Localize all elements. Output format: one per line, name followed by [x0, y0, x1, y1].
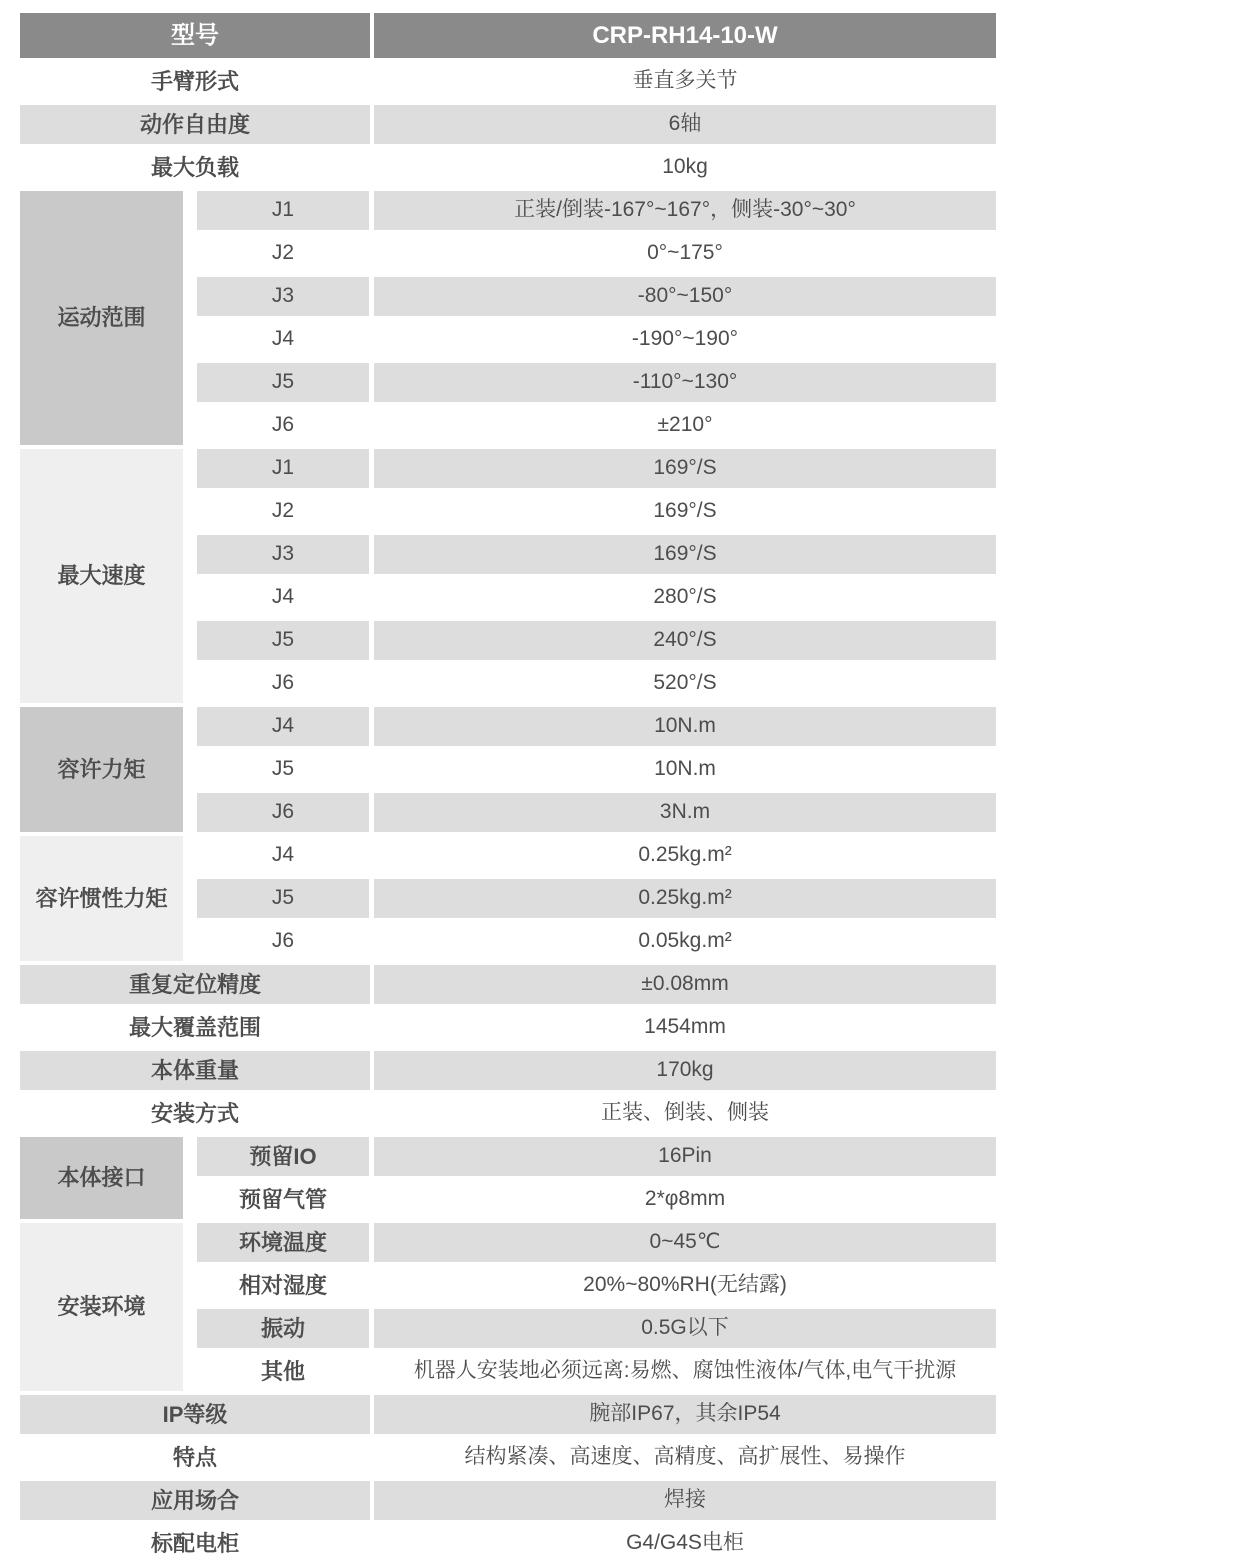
- spec-table: 型号 CRP-RH14-10-W 手臂形式垂直多关节动作自由度6轴最大负载10k…: [20, 13, 996, 1563]
- sub-row-label: J4: [197, 836, 369, 875]
- sub-row-label: J2: [197, 492, 369, 531]
- row-value: 焊接: [374, 1481, 996, 1520]
- spec-row: 标配电柜G4/G4S电柜: [20, 1524, 996, 1563]
- spec-row: 重复定位精度±0.08mm: [20, 965, 996, 1004]
- model-header-value: CRP-RH14-10-W: [374, 13, 996, 58]
- spec-row: J50.25kg.m²: [197, 879, 996, 918]
- group-rows: J1169°/SJ2169°/SJ3169°/SJ4280°/SJ5240°/S…: [197, 449, 996, 703]
- spec-row: J4-190°~190°: [197, 320, 996, 359]
- row-value: 3N.m: [374, 793, 996, 832]
- sub-row-label: 预留气管: [197, 1180, 369, 1219]
- row-value: 16Pin: [374, 1137, 996, 1176]
- row-value: -110°~130°: [374, 363, 996, 402]
- spec-row: J1169°/S: [197, 449, 996, 488]
- spec-section-install-environment: 安装环境环境温度0~45℃相对湿度20%~80%RH(无结露)振动0.5G以下其…: [20, 1223, 996, 1391]
- row-label: 最大负载: [20, 148, 370, 187]
- spec-row: IP等级腕部IP67，其余IP54: [20, 1395, 996, 1434]
- spec-row: J5240°/S: [197, 621, 996, 660]
- row-value: 结构紧凑、高速度、高精度、高扩展性、易操作: [374, 1438, 996, 1477]
- row-value: 10kg: [374, 148, 996, 187]
- group-rows: 预留IO16Pin预留气管2*φ8mm: [197, 1137, 996, 1219]
- spec-row: J40.25kg.m²: [197, 836, 996, 875]
- row-value: -80°~150°: [374, 277, 996, 316]
- spec-section-motion-range: 运动范围J1正装/倒装-167°~167°，侧装-30°~30°J20°~175…: [20, 191, 996, 445]
- sub-row-label: 相对湿度: [197, 1266, 369, 1305]
- spec-row: J2169°/S: [197, 492, 996, 531]
- row-value: 0°~175°: [374, 234, 996, 273]
- row-value: 169°/S: [374, 492, 996, 531]
- spec-row: 安装方式正装、倒装、侧装: [20, 1094, 996, 1133]
- row-value: 10N.m: [374, 707, 996, 746]
- group-rows: J40.25kg.m²J50.25kg.m²J60.05kg.m²: [197, 836, 996, 961]
- row-label: 本体重量: [20, 1051, 370, 1090]
- sub-row-label: J1: [197, 449, 369, 488]
- sub-row-label: J5: [197, 750, 369, 789]
- row-value: 0~45℃: [374, 1223, 996, 1262]
- row-value: 0.5G以下: [374, 1309, 996, 1348]
- group-label: 安装环境: [20, 1223, 183, 1391]
- spec-row: J4280°/S: [197, 578, 996, 617]
- sub-row-label: J5: [197, 363, 369, 402]
- sub-row-label: 其他: [197, 1352, 369, 1391]
- spec-row: J20°~175°: [197, 234, 996, 273]
- spec-row: 振动0.5G以下: [197, 1309, 996, 1348]
- sub-row-label: J5: [197, 621, 369, 660]
- row-value: 240°/S: [374, 621, 996, 660]
- spec-section-max-speed: 最大速度J1169°/SJ2169°/SJ3169°/SJ4280°/SJ524…: [20, 449, 996, 703]
- sub-row-label: 振动: [197, 1309, 369, 1348]
- sub-row-label: 预留IO: [197, 1137, 369, 1176]
- spec-row: 最大覆盖范围1454mm: [20, 1008, 996, 1047]
- row-value: ±0.08mm: [374, 965, 996, 1004]
- spec-row: J6±210°: [197, 406, 996, 445]
- sub-row-label: J4: [197, 320, 369, 359]
- sub-row-label: J4: [197, 707, 369, 746]
- row-value: 0.25kg.m²: [374, 836, 996, 875]
- row-value: 0.05kg.m²: [374, 922, 996, 961]
- spec-row: J410N.m: [197, 707, 996, 746]
- row-label: 特点: [20, 1438, 370, 1477]
- spec-row: 相对湿度20%~80%RH(无结露): [197, 1266, 996, 1305]
- group-label: 运动范围: [20, 191, 183, 445]
- model-header-label: 型号: [20, 13, 370, 58]
- sub-row-label: J6: [197, 922, 369, 961]
- row-value: 6轴: [374, 105, 996, 144]
- sub-row-label: J2: [197, 234, 369, 273]
- row-value: 520°/S: [374, 664, 996, 703]
- group-label: 最大速度: [20, 449, 183, 703]
- row-value: 169°/S: [374, 449, 996, 488]
- table-header-row: 型号 CRP-RH14-10-W: [20, 13, 996, 58]
- group-rows: J1正装/倒装-167°~167°，侧装-30°~30°J20°~175°J3-…: [197, 191, 996, 445]
- row-label: 最大覆盖范围: [20, 1008, 370, 1047]
- row-label: 应用场合: [20, 1481, 370, 1520]
- group-rows: J410N.mJ510N.mJ63N.m: [197, 707, 996, 832]
- spec-row: 预留气管2*φ8mm: [197, 1180, 996, 1219]
- spec-row: J6520°/S: [197, 664, 996, 703]
- row-value: 1454mm: [374, 1008, 996, 1047]
- row-value: 0.25kg.m²: [374, 879, 996, 918]
- spec-row: J5-110°~130°: [197, 363, 996, 402]
- spec-section-body-interface: 本体接口预留IO16Pin预留气管2*φ8mm: [20, 1137, 996, 1219]
- sub-row-label: J6: [197, 793, 369, 832]
- group-rows: 环境温度0~45℃相对湿度20%~80%RH(无结露)振动0.5G以下其他机器人…: [197, 1223, 996, 1391]
- row-value: 腕部IP67，其余IP54: [374, 1395, 996, 1434]
- group-label: 容许惯性力矩: [20, 836, 183, 961]
- spec-row: J63N.m: [197, 793, 996, 832]
- sub-row-label: J4: [197, 578, 369, 617]
- spec-row: J1正装/倒装-167°~167°，侧装-30°~30°: [197, 191, 996, 230]
- spec-row: 手臂形式垂直多关节: [20, 62, 996, 101]
- row-label: IP等级: [20, 1395, 370, 1434]
- row-label: 动作自由度: [20, 105, 370, 144]
- row-value: -190°~190°: [374, 320, 996, 359]
- spec-row: 应用场合焊接: [20, 1481, 996, 1520]
- spec-row: 预留IO16Pin: [197, 1137, 996, 1176]
- spec-row: J510N.m: [197, 750, 996, 789]
- spec-row: 最大负载10kg: [20, 148, 996, 187]
- row-value: 正装、倒装、侧装: [374, 1094, 996, 1133]
- spec-row: 其他机器人安装地必须远离:易燃、腐蚀性液体/气体,电气干扰源: [197, 1352, 996, 1391]
- sub-row-label: J3: [197, 277, 369, 316]
- spec-section-allowable-inertia: 容许惯性力矩J40.25kg.m²J50.25kg.m²J60.05kg.m²: [20, 836, 996, 961]
- row-value: G4/G4S电柜: [374, 1524, 996, 1563]
- row-value: ±210°: [374, 406, 996, 445]
- row-label: 重复定位精度: [20, 965, 370, 1004]
- row-value: 20%~80%RH(无结露): [374, 1266, 996, 1305]
- row-value: 280°/S: [374, 578, 996, 617]
- row-value: 垂直多关节: [374, 62, 996, 101]
- sub-row-label: J3: [197, 535, 369, 574]
- spec-row: 特点结构紧凑、高速度、高精度、高扩展性、易操作: [20, 1438, 996, 1477]
- sub-row-label: J6: [197, 664, 369, 703]
- sub-row-label: J6: [197, 406, 369, 445]
- spec-row: 环境温度0~45℃: [197, 1223, 996, 1262]
- row-label: 手臂形式: [20, 62, 370, 101]
- spec-row: 本体重量170kg: [20, 1051, 996, 1090]
- sub-row-label: 环境温度: [197, 1223, 369, 1262]
- row-value: 正装/倒装-167°~167°，侧装-30°~30°: [374, 191, 996, 230]
- row-label: 标配电柜: [20, 1524, 370, 1563]
- spec-row: 动作自由度6轴: [20, 105, 996, 144]
- row-label: 安装方式: [20, 1094, 370, 1133]
- spec-section-allowable-torque: 容许力矩J410N.mJ510N.mJ63N.m: [20, 707, 996, 832]
- row-value: 169°/S: [374, 535, 996, 574]
- spec-row: J3169°/S: [197, 535, 996, 574]
- spec-row: J60.05kg.m²: [197, 922, 996, 961]
- sub-row-label: J1: [197, 191, 369, 230]
- spec-row: J3-80°~150°: [197, 277, 996, 316]
- sub-row-label: J5: [197, 879, 369, 918]
- row-value: 2*φ8mm: [374, 1180, 996, 1219]
- group-label: 本体接口: [20, 1137, 183, 1219]
- row-value: 机器人安装地必须远离:易燃、腐蚀性液体/气体,电气干扰源: [374, 1352, 996, 1391]
- group-label: 容许力矩: [20, 707, 183, 832]
- row-value: 170kg: [374, 1051, 996, 1090]
- row-value: 10N.m: [374, 750, 996, 789]
